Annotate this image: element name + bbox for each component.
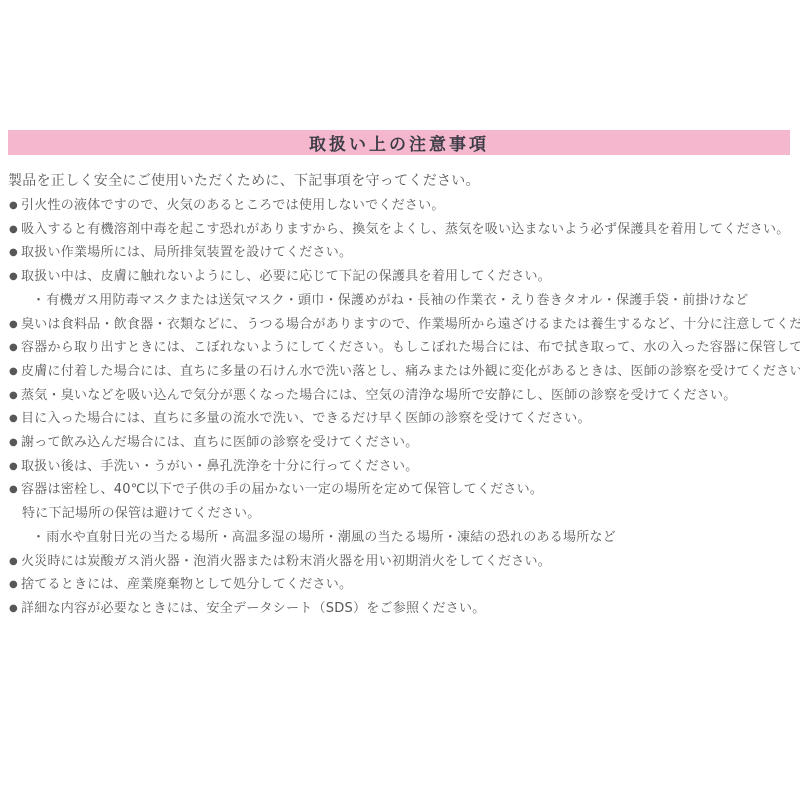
list-item-text: 火災時には炭酸ガス消火器・泡消火器または粉末消火器を用い初期消火をしてください。 [21,554,551,569]
bullet-icon: ● [9,413,18,424]
list-item: ●臭いは食料品・飲食器・衣類などに、うつる場合がありますので、作業場所から遠ざけ… [9,313,800,337]
bullet-icon: ● [9,461,18,472]
list-item: ●取扱い中は、皮膚に触れないようにし、必要に応じて下記の保護具を着用してください… [9,265,800,289]
bullet-icon: ● [9,390,18,401]
bullet-icon: ● [9,484,18,495]
bullet-icon: ● [9,342,18,353]
list-item: ●詳細な内容が必要なときには、安全データシート（SDS）をご参照ください。 [9,597,800,621]
intro-text: 製品を正しく安全にご使用いただくために、下記事項を守ってください。 [8,170,480,190]
list-item-text: 雨水や直射日光の当たる場所・高温多湿の場所・潮風の当たる場所・凍結の恐れのある場… [46,530,616,545]
list-item-text: 取扱い中は、皮膚に触れないようにし、必要に応じて下記の保護具を着用してください。 [21,269,551,284]
bullet-icon: ● [9,224,18,235]
list-item: ●謝って飲み込んだ場合には、直ちに医師の診察を受けてください。 [9,431,800,455]
list-item-text: 謝って飲み込んだ場合には、直ちに医師の診察を受けてください。 [21,435,419,450]
page-title: 取扱い上の注意事項 [309,130,489,155]
bullet-icon: ● [9,319,18,330]
list-item-text: 取扱い作業場所には、局所排気装置を設けてください。 [21,245,352,260]
section-header-bar: 取扱い上の注意事項 [8,130,790,155]
list-item-text: 容器から取り出すときには、こぼれないようにしてください。もしこぼれた場合には、布… [21,340,800,355]
bullet-icon: ● [9,200,18,211]
list-item: ●取扱い後は、手洗い・うがい・鼻孔洗浄を十分に行ってください。 [9,455,800,479]
continuation-line: 特に下記場所の保管は避けてください。 [9,502,800,526]
list-item-text: 容器は密栓し、40℃以下で子供の手の届かない一定の場所を定めて保管してください。 [21,482,543,497]
bullet-icon: ● [9,247,18,258]
list-item: ●容器から取り出すときには、こぼれないようにしてください。もしこぼれた場合には、… [9,336,800,360]
list-item-text: 目に入った場合には、直ちに多量の流水で洗い、できるだけ早く医師の診察を受けてくだ… [21,411,591,426]
list-item-text: 引火性の液体ですので、火気のあるところでは使用しないでください。 [21,198,445,213]
list-item: ●蒸気・臭いなどを吸い込んで気分が悪くなった場合には、空気の清浄な場所で安静にし… [9,384,800,408]
list-item-text: 臭いは食料品・飲食器・衣類などに、うつる場合がありますので、作業場所から遠ざける… [21,317,800,332]
sub-bullet-icon: ・ [32,293,45,308]
list-item-text: 捨てるときには、産業廃棄物として処分してください。 [21,577,352,592]
list-item-text: 有機ガス用防毒マスクまたは送気マスク・頭巾・保護めがね・長袖の作業衣・えり巻きタ… [46,293,748,308]
list-item-text: 蒸気・臭いなどを吸い込んで気分が悪くなった場合には、空気の清浄な場所で安静にし、… [21,388,737,403]
sub-bullet-icon: ・ [32,530,45,545]
bullet-icon: ● [9,437,18,448]
bullet-icon: ● [9,556,18,567]
list-item: ●吸入すると有機溶剤中毒を起こす恐れがありますから、換気をよくし、蒸気を吸い込ま… [9,218,800,242]
bullet-icon: ● [9,579,18,590]
precaution-list: ●引火性の液体ですので、火気のあるところでは使用しないでください。●吸入すると有… [9,194,800,621]
list-item-text: 吸入すると有機溶剤中毒を起こす恐れがありますから、換気をよくし、蒸気を吸い込まな… [21,222,790,237]
list-item: ●火災時には炭酸ガス消火器・泡消火器または粉末消火器を用い初期消火をしてください… [9,550,800,574]
sub-list-item: ・雨水や直射日光の当たる場所・高温多湿の場所・潮風の当たる場所・凍結の恐れのある… [9,526,800,550]
list-item-text: 皮膚に付着した場合には、直ちに多量の石けん水で洗い落とし、痛みまたは外観に変化が… [21,364,800,379]
list-item-text: 特に下記場所の保管は避けてください。 [22,506,261,521]
list-item: ●取扱い作業場所には、局所排気装置を設けてください。 [9,241,800,265]
list-item: ●捨てるときには、産業廃棄物として処分してください。 [9,573,800,597]
list-item: ●引火性の液体ですので、火気のあるところでは使用しないでください。 [9,194,800,218]
list-item-text: 詳細な内容が必要なときには、安全データシート（SDS）をご参照ください。 [21,601,486,616]
list-item: ●目に入った場合には、直ちに多量の流水で洗い、できるだけ早く医師の診察を受けてく… [9,407,800,431]
list-item: ●皮膚に付着した場合には、直ちに多量の石けん水で洗い落とし、痛みまたは外観に変化… [9,360,800,384]
list-item-text: 取扱い後は、手洗い・うがい・鼻孔洗浄を十分に行ってください。 [21,459,419,474]
bullet-icon: ● [9,271,18,282]
list-item: ●容器は密栓し、40℃以下で子供の手の届かない一定の場所を定めて保管してください… [9,478,800,502]
bullet-icon: ● [9,366,18,377]
sub-list-item: ・有機ガス用防毒マスクまたは送気マスク・頭巾・保護めがね・長袖の作業衣・えり巻き… [9,289,800,313]
bullet-icon: ● [9,603,18,614]
